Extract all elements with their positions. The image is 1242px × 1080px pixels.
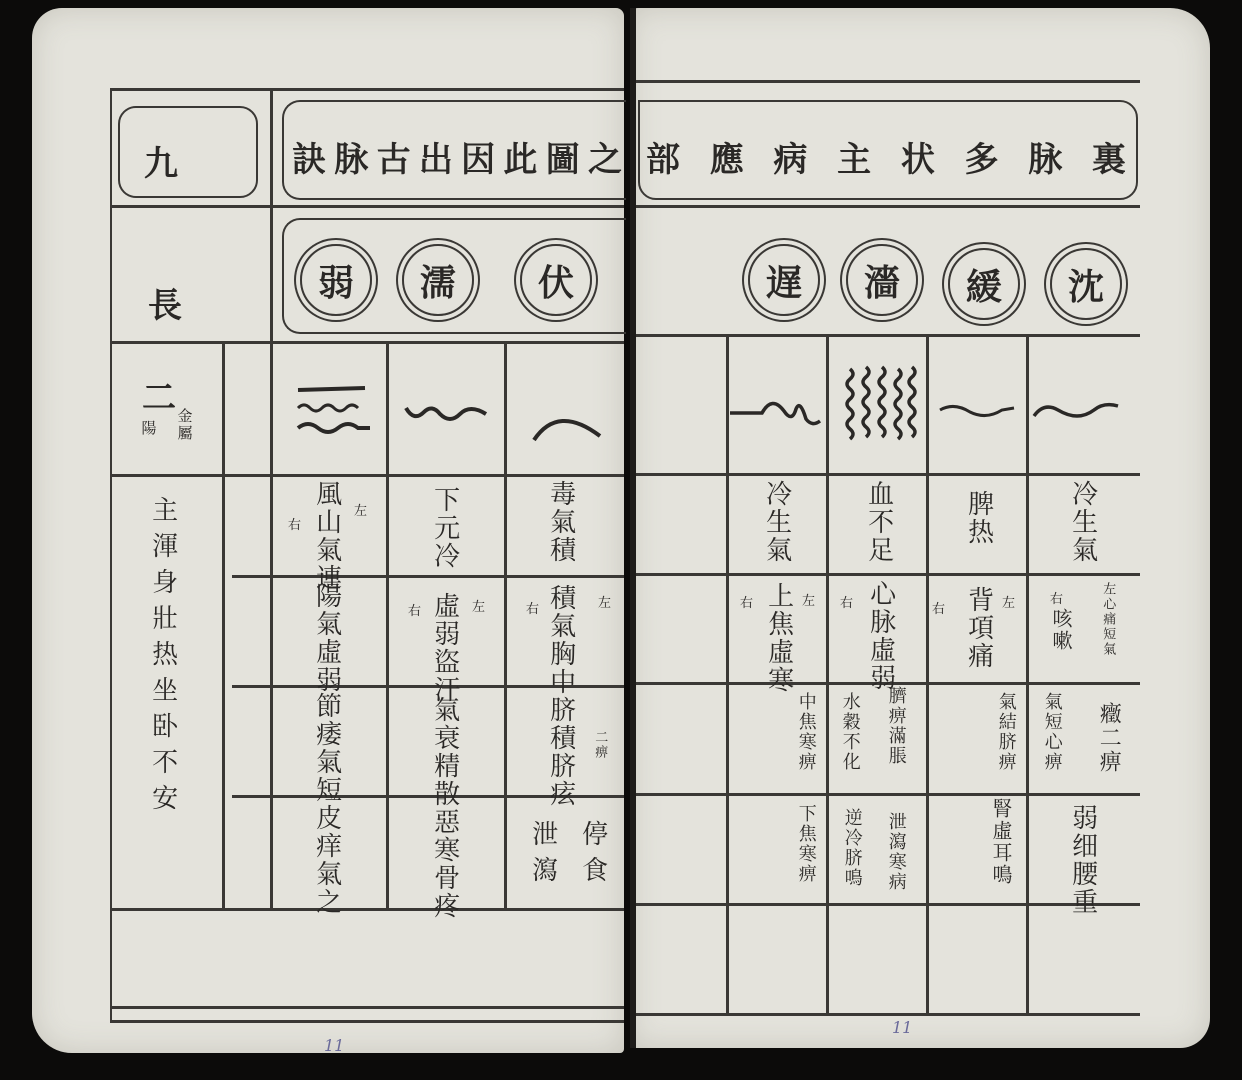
- rule: [110, 88, 112, 1020]
- title-char: 多: [965, 132, 999, 181]
- cell-text: 氣結脐痹: [996, 692, 1016, 772]
- pulse-name-weak: 弱: [300, 244, 372, 316]
- rule: [110, 474, 624, 477]
- cell-text: 脾热: [964, 490, 993, 546]
- cell-text: 癥二痹: [1096, 702, 1120, 774]
- side-label-top: 長: [148, 278, 182, 327]
- title-char: 古: [377, 132, 411, 181]
- pulse-shape-weak-icon: [290, 378, 380, 448]
- cell-text: 惡寒骨疼: [430, 808, 459, 920]
- rule: [630, 1013, 1140, 1016]
- pulse-shape-hidden-icon: [528, 408, 608, 448]
- side-header-frame: [118, 106, 258, 198]
- pulse-name-deep: 沈: [1050, 248, 1122, 320]
- cell-text: 氣短心痹: [1042, 692, 1062, 772]
- cell-text: 氣衰精散: [430, 696, 459, 808]
- title-char: 主: [837, 132, 871, 181]
- rule: [630, 903, 1140, 906]
- rule: [630, 80, 1140, 83]
- cell-note: 左: [472, 596, 485, 615]
- cell-text: 陽氣虛弱: [312, 582, 341, 694]
- rule: [630, 334, 1140, 337]
- rule: [630, 473, 1140, 476]
- cell-note: 右: [288, 514, 301, 533]
- rule: [110, 908, 624, 911]
- cell-text: 背項痛: [964, 586, 993, 670]
- cell-text: 冷生氣: [762, 480, 791, 564]
- cell-note: 左心痛短氣: [1100, 582, 1114, 657]
- page-number: 11: [324, 1036, 344, 1055]
- cell-text: 節痿氣短: [312, 692, 341, 804]
- cell-text: 血不足: [864, 480, 893, 564]
- cell-text: 皮痒氣之: [312, 804, 341, 916]
- side-main-text: 主渾身壯热坐卧不安: [148, 496, 177, 820]
- cell-text: 泄瀉寒病: [886, 812, 906, 892]
- pulse-shape-soft-icon: [402, 398, 492, 428]
- rule: [110, 205, 624, 208]
- title-char: 因: [461, 132, 495, 181]
- rule: [630, 205, 1140, 208]
- title-char: 此: [503, 132, 537, 181]
- rule: [630, 573, 1140, 576]
- left-page: 九 長 二 陽 金屬 主渾身壯热坐卧不安 訣 脉 古 出 因 此 圖 之 弱 濡…: [32, 8, 624, 1053]
- rule: [110, 341, 624, 344]
- cell-note: 左: [598, 592, 611, 611]
- page-number: 11: [892, 1018, 912, 1037]
- side-label-sub: 陽: [140, 420, 157, 437]
- page-title: 訣 脉 古 出 因 此 圖 之: [292, 132, 622, 181]
- rule: [110, 1006, 624, 1009]
- rule: [1026, 334, 1029, 1014]
- cell-note: 左: [802, 590, 815, 609]
- cell-note: 左: [354, 500, 367, 519]
- pulse-name-slow: 遅: [748, 244, 820, 316]
- pulse-name-soft: 濡: [402, 244, 474, 316]
- cell-text: 積氣胸中: [546, 584, 575, 696]
- rule: [110, 1020, 624, 1023]
- rule: [630, 8, 636, 1048]
- pulse-shape-moderate-icon: [936, 396, 1021, 426]
- title-char: 部: [646, 132, 680, 181]
- cell-text: 泄瀉: [528, 820, 557, 892]
- cell-text: 下焦寒痹: [796, 804, 816, 884]
- rule: [270, 88, 273, 908]
- cell-text: 風山氣連: [312, 480, 341, 592]
- cell-text: 停食: [578, 820, 607, 892]
- title-char: 脉: [334, 132, 368, 181]
- cell-text: 中焦寒痹: [796, 692, 816, 772]
- cell-text: 脐積脐痃: [546, 696, 575, 808]
- title-char: 脉: [1028, 132, 1062, 181]
- rule: [504, 341, 507, 908]
- title-char: 圖: [546, 132, 580, 181]
- title-char: 應: [710, 132, 744, 181]
- title-char: 之: [588, 132, 622, 181]
- rule: [926, 334, 929, 1014]
- rule: [110, 88, 624, 91]
- cell-note: 右: [408, 600, 421, 619]
- cell-text: 心脉虛弱: [866, 580, 895, 692]
- cell-text: 臍痹滿脹: [886, 686, 906, 766]
- title-char: 病: [773, 132, 807, 181]
- cell-text: 冷生氣: [1068, 480, 1097, 564]
- right-page: 部 應 病 主 状 多 脉 裏 遅 濇 緩 沈 冷生氣 血不足 脾热 冷生氣 上…: [630, 8, 1210, 1048]
- rule: [222, 341, 225, 908]
- cell-text: 下元冷: [430, 486, 459, 570]
- cell-text: 咳嗽: [1050, 608, 1072, 652]
- cell-note: 左: [1002, 592, 1015, 611]
- title-char: 出: [419, 132, 453, 181]
- rule: [726, 334, 729, 1014]
- title-char: 裏: [1092, 132, 1126, 181]
- page-title: 部 應 病 主 状 多 脉 裏: [646, 132, 1126, 181]
- side-label-num: 二: [142, 370, 176, 419]
- cell-text: 弱细腰重: [1068, 804, 1097, 916]
- pulse-name-rough: 濇: [846, 244, 918, 316]
- cell-text: 腎虛耳鳴: [990, 798, 1012, 886]
- title-char: 状: [901, 132, 935, 181]
- rule: [386, 341, 389, 908]
- rule: [826, 334, 829, 1014]
- rule: [630, 793, 1140, 796]
- cell-note: 右: [526, 598, 539, 617]
- pulse-name-moderate: 緩: [948, 248, 1020, 320]
- side-label-note: 金屬: [176, 408, 193, 442]
- side-header: 九: [144, 136, 178, 185]
- pulse-shape-rough-icon: [840, 364, 920, 454]
- title-char: 訣: [292, 132, 326, 181]
- cell-text: 逆冷脐鳴: [842, 808, 862, 888]
- pulse-shape-deep-icon: [1030, 396, 1125, 426]
- rule: [232, 575, 624, 578]
- pulse-name-hidden: 伏: [520, 244, 592, 316]
- cell-text: 水穀不化: [840, 692, 860, 772]
- cell-text: 虛弱盜汗: [430, 592, 459, 704]
- cell-note: 右: [840, 592, 853, 611]
- cell-text: 上焦虛寒: [764, 582, 793, 694]
- cell-note: 右: [740, 592, 753, 611]
- cell-note: 右: [932, 598, 945, 617]
- cell-note: 二痹: [592, 730, 606, 760]
- cell-note: 右: [1050, 588, 1063, 607]
- pulse-shape-slow-icon: [730, 393, 825, 433]
- cell-text: 毒氣積: [546, 480, 575, 564]
